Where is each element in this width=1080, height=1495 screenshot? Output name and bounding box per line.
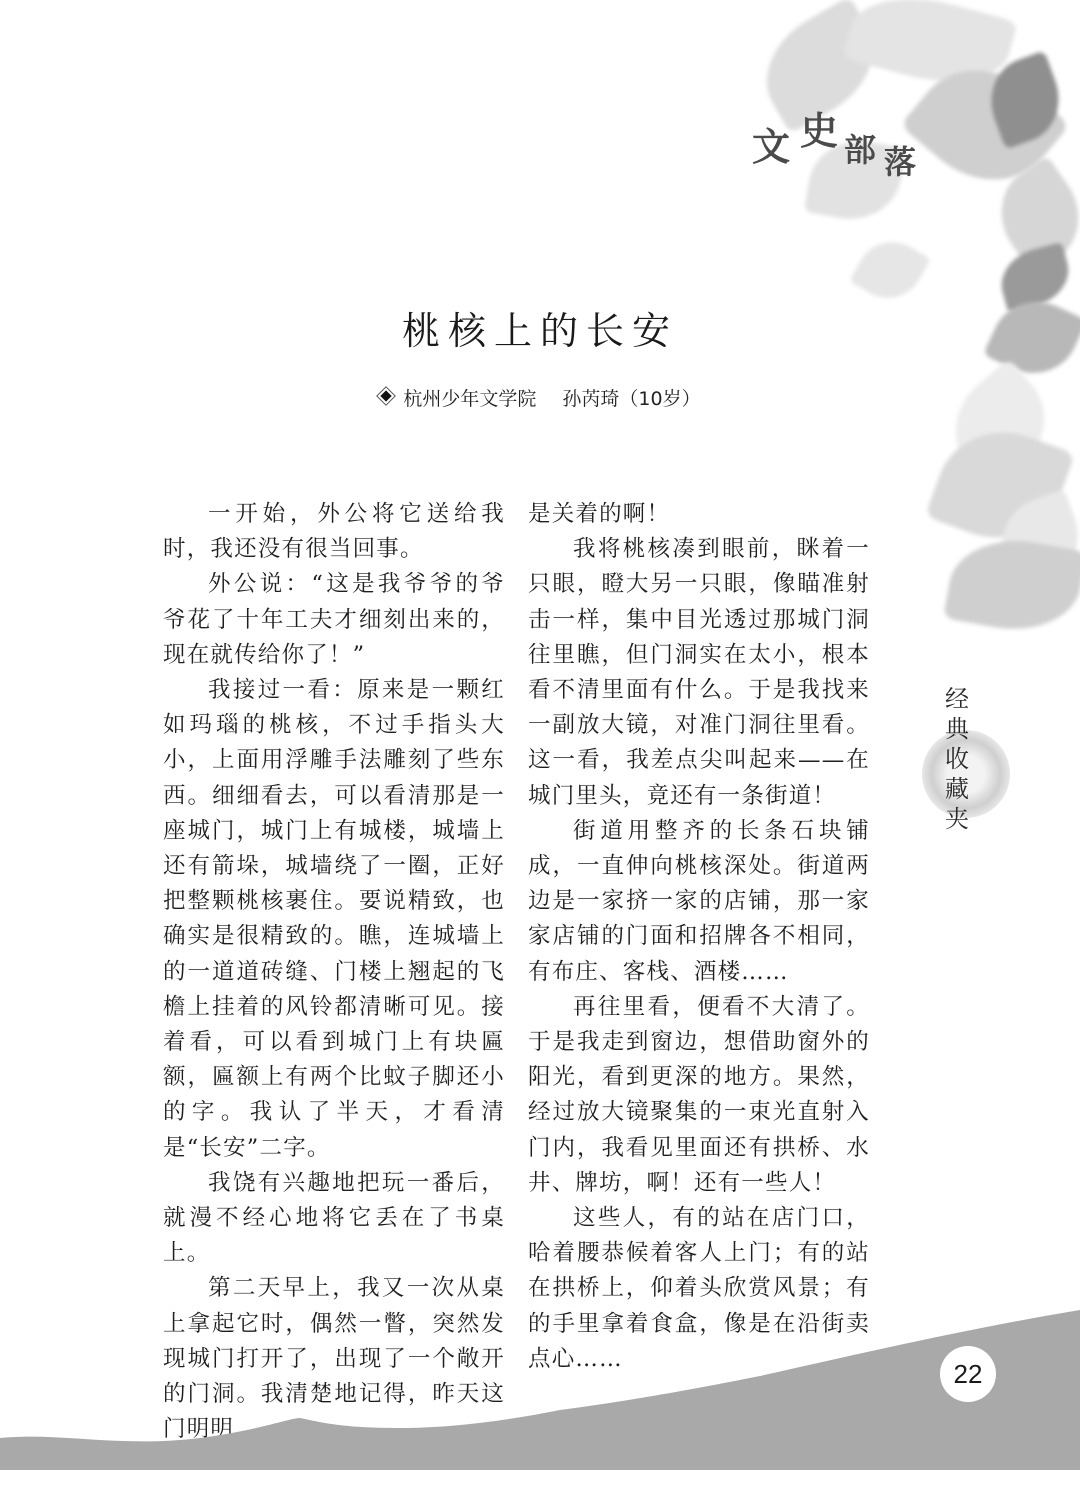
side-label-char: 典 <box>942 714 972 744</box>
footer-wave-decoration <box>0 1310 1080 1495</box>
paragraph: 我接过一看：原来是一颗红如玛瑙的桃核，不过手指头大小，上面用浮雕手法雕刻了些东西… <box>163 673 505 1166</box>
side-label-classic-collection: 经 典 收 藏 夹 <box>920 680 990 830</box>
paragraph: 再往里看，便看不大清了。于是我走到窗边，想借助窗外的阳光，看到更深的地方。果然，… <box>528 990 870 1201</box>
diamond-bullet-icon <box>376 386 396 406</box>
paragraph: 街道用整齐的长条石块铺成，一直伸向桃核深处。街道两边是一家挤一家的店铺，那一家家… <box>528 814 870 990</box>
article-title: 桃核上的长安 <box>0 300 1080 355</box>
paragraph: 一开始，外公将它送给我时，我还没有很当回事。 <box>163 497 505 567</box>
byline: 杭州少年文学院孙芮琦（10岁） <box>0 384 1080 411</box>
side-label-char: 经 <box>942 684 972 714</box>
section-title-char: 部 <box>844 134 876 166</box>
section-title-char: 史 <box>800 112 838 150</box>
section-title-char: 落 <box>884 146 916 178</box>
paragraph: 我饶有兴趣地把玩一番后，就漫不经心地将它丢在了书桌上。 <box>163 1166 505 1272</box>
side-label-char: 藏 <box>942 774 972 804</box>
paragraph: 我将桃核凑到眼前，眯着一只眼，瞪大另一只眼，像瞄准射击一样，集中目光透过那城门洞… <box>528 532 870 814</box>
section-title-char: 文 <box>752 128 790 166</box>
byline-author: 孙芮琦（10岁） <box>562 388 700 410</box>
paragraph-continued: 是关着的啊！ <box>528 497 870 532</box>
paragraph: 外公说：“这是我爷爷的爷爷花了十年工夫才细刻出来的，现在就传给你了！” <box>163 567 505 673</box>
article-column-left: 一开始，外公将它送给我时，我还没有很当回事。 外公说：“这是我爷爷的爷爷花了十年… <box>163 497 505 1447</box>
side-label-char: 收 <box>942 744 972 774</box>
page-number: 22 <box>940 1346 996 1402</box>
byline-organization: 杭州少年文学院 <box>403 388 536 410</box>
article-column-right: 是关着的啊！ 我将桃核凑到眼前，眯着一只眼，瞪大另一只眼，像瞄准射击一样，集中目… <box>528 497 870 1377</box>
side-label-char: 夹 <box>942 804 972 834</box>
section-title: 文 史 部 落 <box>752 112 932 182</box>
